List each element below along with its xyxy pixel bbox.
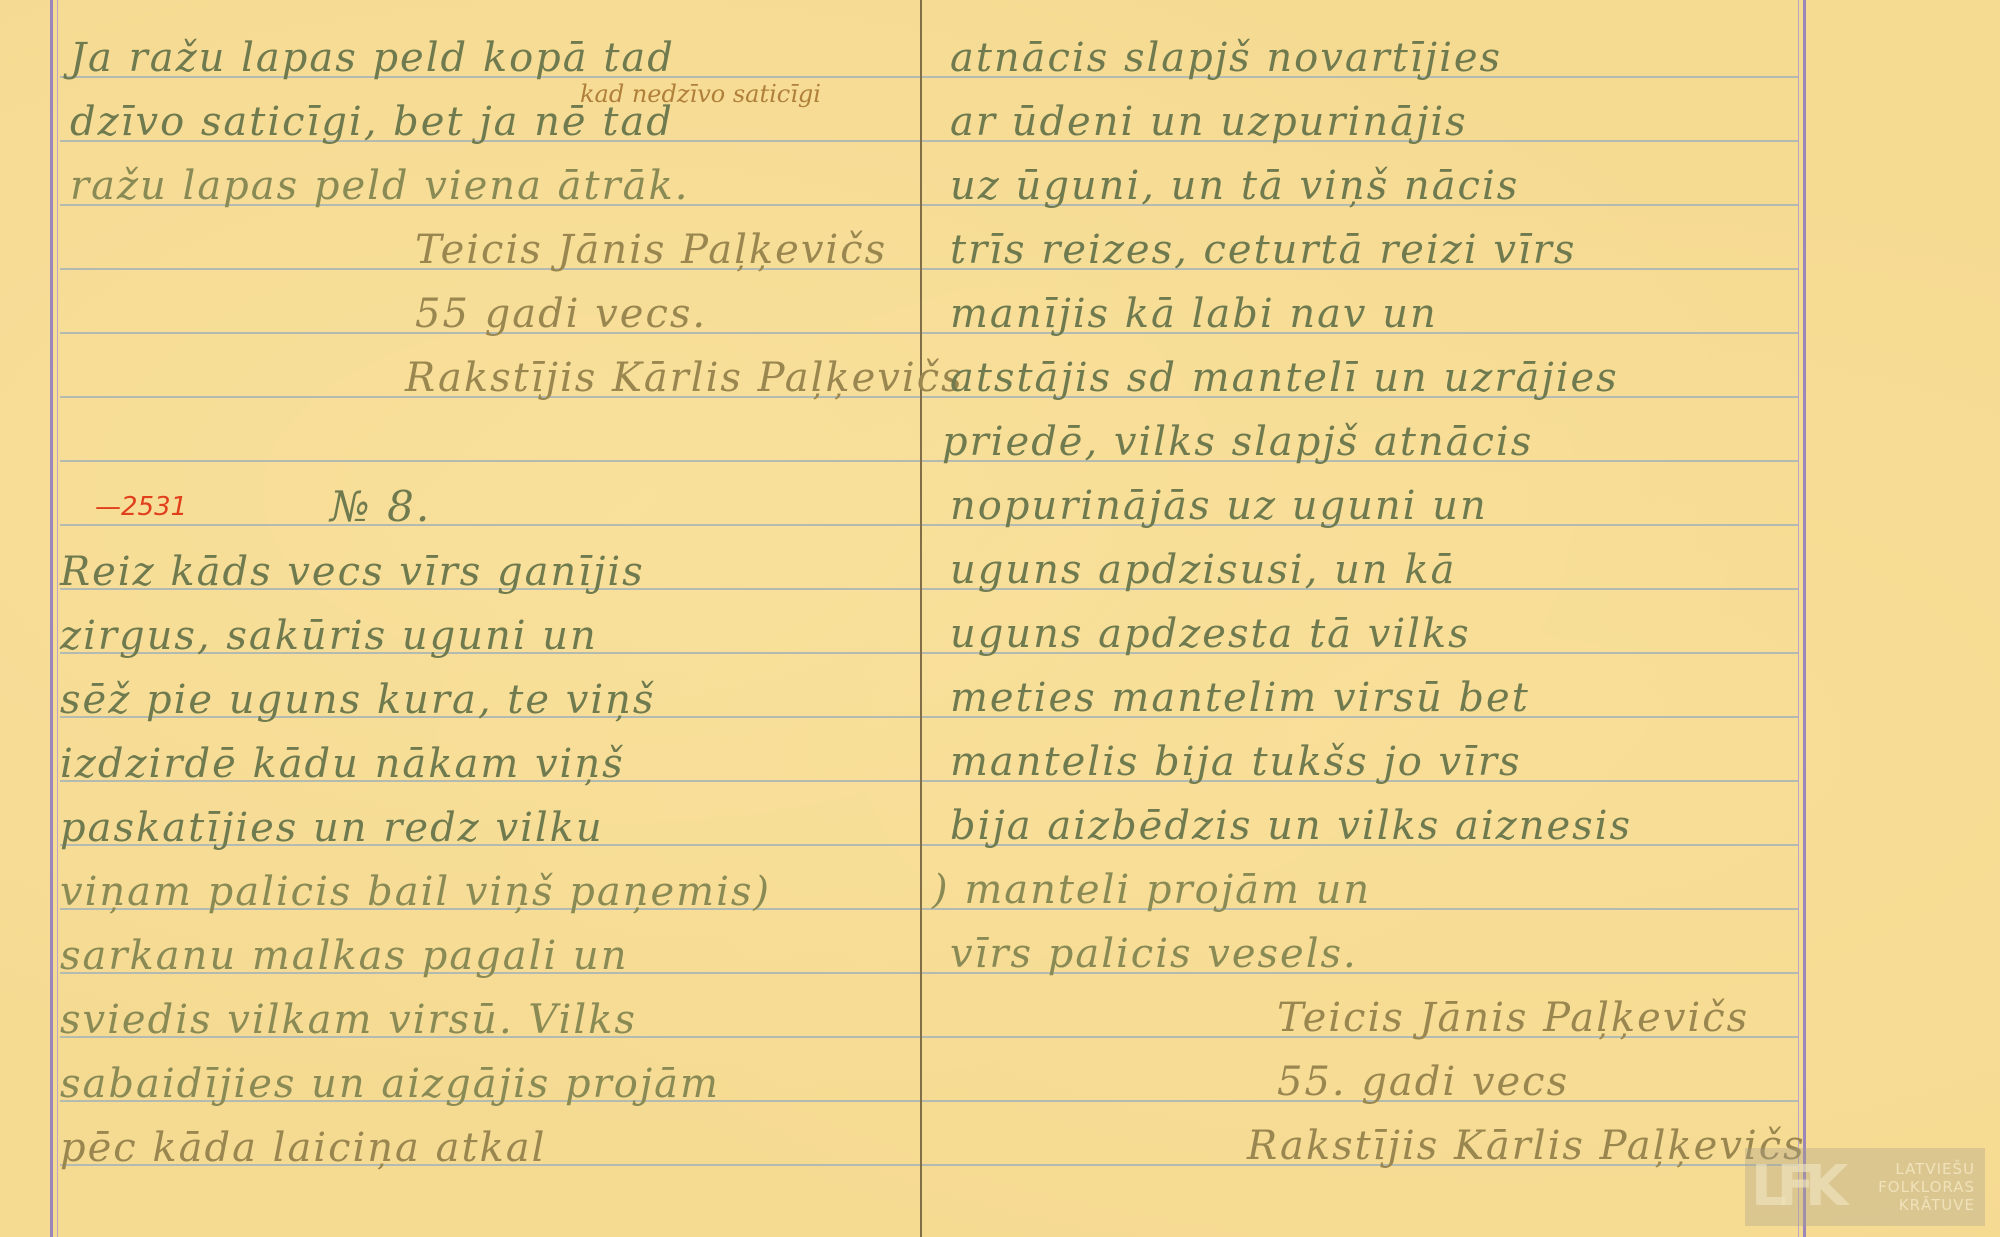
watermark-line: LATVIEŠU [1895,1160,1975,1178]
teller-signature: Teicis Jānis Paļķevičs [1277,998,1749,1038]
story-line: manījis kā labi nav un [950,294,1438,334]
story-line: Reiz kāds vecs vīrs ganījis [60,552,645,592]
story-line: sabaidījies un aizgājis projām [60,1064,720,1104]
story-line: zirgus, sakūris uguni un [60,616,598,656]
story-line: uguns apdzesta tā vilks [950,614,1471,654]
story-line: vīrs palicis vesels. [950,934,1358,974]
writer-signature: Rakstījis Kārlis Paļķevičs [405,358,964,398]
teller-signature: Teicis Jānis Paļķevičs [415,230,887,270]
story-line: uguns apdzisusi, un kā [950,550,1456,590]
archive-watermark: LFK LATVIEŠU FOLKLORAS KRĀTUVE [1745,1148,1985,1226]
text-line: dzīvo saticīgi, bet ja nē tad [70,102,674,142]
story-number: № 8. [330,486,431,528]
story-line: ) manteli projām un [932,870,1371,910]
catalog-number: —2531 [95,492,187,522]
story-line: uz ūguni, un tā viņš nācis [950,166,1519,206]
watermark-line: KRĀTUVE [1899,1196,1975,1214]
story-line: izdzirdē kādu nākam viņš [60,744,625,784]
story-line: priedē, vilks slapjš atnācis [942,422,1533,462]
story-line: trīs reizes, ceturtā reizi vīrs [950,230,1576,270]
story-line: mantelis bija tukšs jo vīrs [950,742,1522,782]
story-line: paskatījies un redz vilku [60,808,604,848]
watermark-text: LATVIEŠU FOLKLORAS KRĀTUVE [1878,1160,1975,1214]
story-line: bija aizbēdzis un vilks aiznesis [950,806,1632,846]
story-line: sviedis vilkam virsū. Vilks [60,1000,637,1040]
story-line: viņam palicis bail viņš paņemis) [60,872,771,912]
lfk-logo-icon: LFK [1751,1152,1841,1222]
story-line: pēc kāda laiciņa atkal [60,1128,546,1168]
story-line: nopurinājās uz uguni un [950,486,1488,526]
story-line: atnācis slapjš novartījies [950,38,1502,78]
right-page: atnācis slapjš novartījies ar ūdeni un u… [922,0,1798,1237]
story-line: meties mantelim virsū bet [950,678,1530,718]
correction-insert: kad nedzīvo saticīgi [580,80,821,108]
watermark-line: FOLKLORAS [1878,1178,1975,1196]
story-line: sarkanu malkas pagali un [60,936,628,976]
story-line: ar ūdeni un uzpurinājis [950,102,1468,142]
teller-age: 55. gadi vecs [1277,1062,1569,1102]
writer-signature: Rakstījis Kārlis Paļķevičs [1247,1126,1806,1166]
story-line: sēž pie uguns kura, te viņš [60,680,655,720]
teller-age: 55 gadi vecs. [415,294,707,334]
text-line: Ja ražu lapas peld kopā tad [70,38,675,78]
right-margin-line-thin [1798,0,1799,1237]
left-page: Ja ražu lapas peld kopā tad dzīvo saticī… [0,0,920,1237]
text-line: ražu lapas peld viena ātrāk. [70,166,689,206]
right-margin-line [1803,0,1806,1237]
story-line: atstājis sd mantelī un uzrājies [950,358,1619,398]
